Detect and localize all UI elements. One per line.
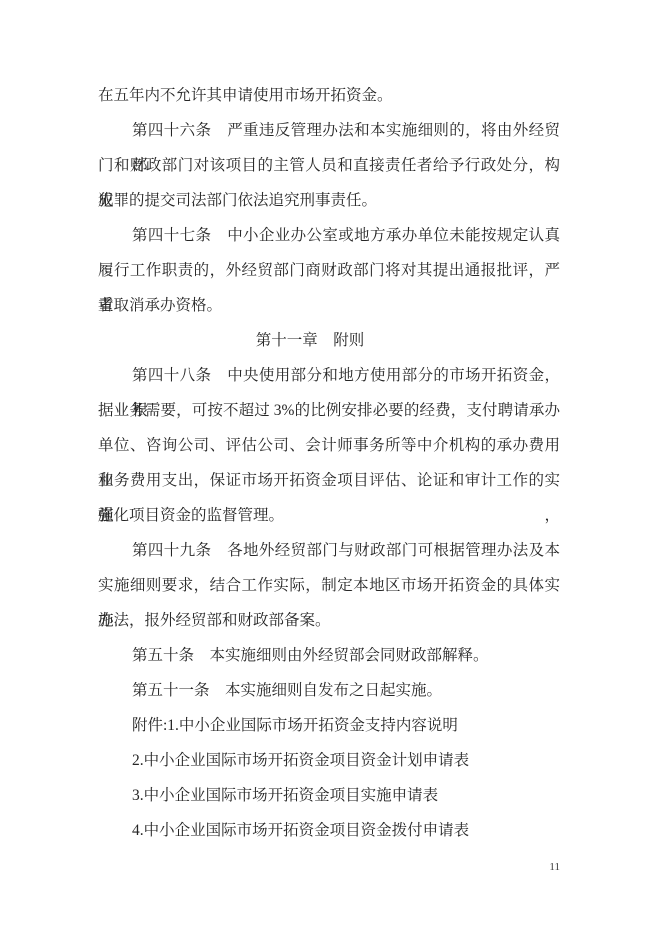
page-number: 11 bbox=[98, 860, 560, 874]
text-line: 第五十条 本实施细则由外经贸部会同财政部解释。 bbox=[98, 638, 560, 673]
text-line: 2.中小企业国际市场开拓资金项目资金计划申请表 bbox=[98, 743, 560, 778]
text-line: 单位、咨询公司、评估公司、会计师事务所等中介机构的承办费用和 bbox=[98, 428, 560, 463]
text-line: 在五年内不允许其申请使用市场开拓资金。 bbox=[98, 78, 560, 113]
document-body: 在五年内不允许其申请使用市场开拓资金。第四十六条 严重违反管理办法和本实施细则的… bbox=[98, 78, 560, 848]
text-line: 第四十七条 中小企业办公室或地方承办单位未能按规定认真 bbox=[98, 218, 560, 253]
text-line: 履行工作职责的，外经贸部门商财政部门将对其提出通报批评，严重 bbox=[98, 253, 560, 288]
text-line: 实施细则要求，结合工作实际，制定本地区市场开拓资金的具体实施 bbox=[98, 568, 560, 603]
chapter-heading: 第十一章 附则 bbox=[98, 323, 560, 358]
text-line: 据业务需要，可按不超过 3%的比例安排必要的经费，支付聘请承办 bbox=[98, 393, 560, 428]
text-line: 犯罪的提交司法部门依法追究刑事责任。 bbox=[98, 183, 560, 218]
text-line: 办法，报外经贸部和财政部备案。 bbox=[98, 603, 560, 638]
text-line: 第四十九条 各地外经贸部门与财政部门可根据管理办法及本 bbox=[98, 533, 560, 568]
text-line: 门和财政部门对该项目的主管人员和直接责任者给予行政处分，构成 bbox=[98, 148, 560, 183]
text-line: 业务费用支出，保证市场开拓资金项目评估、论证和审计工作的实施， bbox=[98, 463, 560, 498]
text-line: 者取消承办资格。 bbox=[98, 288, 560, 323]
text-line: 第四十六条 严重违反管理办法和本实施细则的，将由外经贸部 bbox=[98, 113, 560, 148]
text-line: 4.中小企业国际市场开拓资金项目资金拨付申请表 bbox=[98, 813, 560, 848]
text-line: 附件:1.中小企业国际市场开拓资金支持内容说明 bbox=[98, 708, 560, 743]
text-line: 3.中小企业国际市场开拓资金项目实施申请表 bbox=[98, 778, 560, 813]
text-line: 第五十一条 本实施细则自发布之日起实施。 bbox=[98, 673, 560, 708]
text-line: 第四十八条 中央使用部分和地方使用部分的市场开拓资金，根 bbox=[98, 358, 560, 393]
document-page: 在五年内不允许其申请使用市场开拓资金。第四十六条 严重违反管理办法和本实施细则的… bbox=[0, 0, 661, 935]
